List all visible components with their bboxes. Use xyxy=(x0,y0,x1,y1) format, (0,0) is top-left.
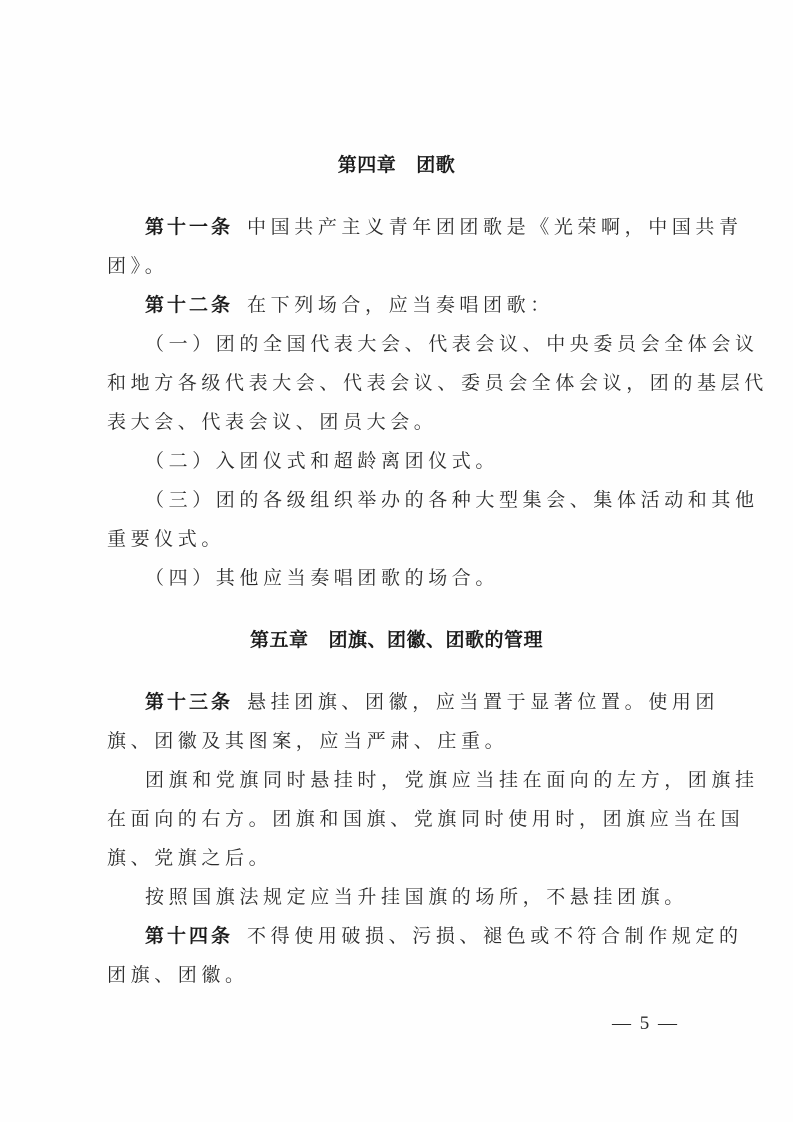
article-12-label: 第十二条 xyxy=(145,294,233,316)
article-13-para-2-line-1: 团旗和党旗同时悬挂时，党旗应当挂在面向的左方，团旗挂 xyxy=(145,767,691,793)
chapter-4-heading: 第四章团歌 xyxy=(0,152,793,178)
article-14-line-2: 团旗、团徽。 xyxy=(107,962,691,988)
article-12-intro-text: 在下列场合，应当奏唱团歌： xyxy=(247,294,554,316)
chapter-5-number: 第五章 xyxy=(250,629,309,651)
article-13-para-3: 按照国旗法规定应当升挂国旗的场所，不悬挂团旗。 xyxy=(145,884,691,910)
article-13-para-2-line-2: 在面向的右方。团旗和国旗、党旗同时使用时，团旗应当在国 xyxy=(107,806,691,832)
article-13-para-2-line-3: 旗、党旗之后。 xyxy=(107,845,691,871)
article-12-intro: 第十二条在下列场合，应当奏唱团歌： xyxy=(145,292,691,318)
article-11-line-1: 第十一条中国共产主义青年团团歌是《光荣啊，中国共青 xyxy=(145,214,691,240)
chapter-5-title: 团旗、团徽、团歌的管理 xyxy=(329,629,544,651)
article-14-label: 第十四条 xyxy=(145,925,233,947)
article-12-item-3-line-2: 重要仪式。 xyxy=(107,526,691,552)
article-12-item-2: （二）入团仪式和超龄离团仪式。 xyxy=(145,448,691,474)
article-12-item-3-line-1: （三）团的各级组织举办的各种大型集会、集体活动和其他 xyxy=(145,487,691,513)
article-12-item-4: （四）其他应当奏唱团歌的场合。 xyxy=(145,565,691,591)
article-12-item-1-line-2: 和地方各级代表大会、代表会议、委员会全体会议，团的基层代 xyxy=(107,370,691,396)
article-11-line-2: 团》。 xyxy=(107,253,691,279)
article-12-item-1-line-3: 表大会、代表会议、团员大会。 xyxy=(107,409,691,435)
document-page: 第四章团歌 第十一条中国共产主义青年团团歌是《光荣啊，中国共青 团》。 第十二条… xyxy=(0,0,793,1122)
chapter-4-title: 团歌 xyxy=(416,154,455,176)
article-11-text: 中国共产主义青年团团歌是《光荣啊，中国共青 xyxy=(247,216,743,238)
article-11-label: 第十一条 xyxy=(145,216,233,238)
article-13-line-2: 旗、团徽及其图案，应当严肃、庄重。 xyxy=(107,728,691,754)
article-14-line-1: 第十四条不得使用破损、污损、褪色或不符合制作规定的 xyxy=(145,923,691,949)
article-14-text: 不得使用破损、污损、褪色或不符合制作规定的 xyxy=(247,925,743,947)
article-12-item-1-line-1: （一）团的全国代表大会、代表会议、中央委员会全体会议 xyxy=(145,331,691,357)
article-13-line-1: 第十三条悬挂团旗、团徽，应当置于显著位置。使用团 xyxy=(145,689,691,715)
chapter-4-number: 第四章 xyxy=(338,154,397,176)
chapter-5-heading: 第五章团旗、团徽、团歌的管理 xyxy=(0,627,793,653)
article-13-text: 悬挂团旗、团徽，应当置于显著位置。使用团 xyxy=(247,691,719,713)
article-13-label: 第十三条 xyxy=(145,691,233,713)
page-number: — 5 — xyxy=(612,1012,679,1036)
